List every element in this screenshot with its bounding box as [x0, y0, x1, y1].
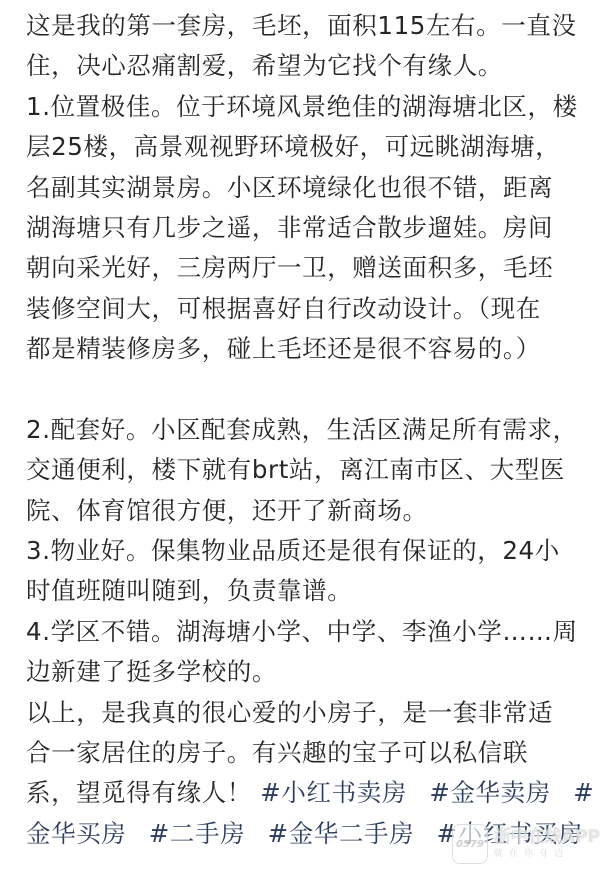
watermark-text: 浙中在线APP 就在你身边: [494, 827, 600, 861]
post-line: 院、体育馆很方便，还开了新商场。: [26, 491, 586, 531]
post-line: 以上，是我真的很心爱的小房子，是一套非常适: [26, 693, 586, 733]
watermark-title: 浙中在线APP: [494, 827, 600, 847]
post-line: 交通便利，楼下就有brt站，离江南市区、大型医: [26, 450, 586, 490]
post-line: 3.物业好。保集物业品质还是很有保证的，24小: [26, 531, 586, 571]
hashtag-xiaohongshu-sell[interactable]: #小红书卖房: [260, 778, 407, 807]
hashtag-jinhua-buy[interactable]: 金华买房: [26, 819, 126, 848]
post-line: 都是精装修房多，碰上毛坯还是很不容易的。）: [26, 329, 586, 369]
post-line: 装修空间大，可根据喜好自行改动设计。（现在: [26, 289, 586, 329]
post-line: 这是我的第一套房，毛坯，面积115左右。一直没: [26, 6, 586, 46]
hashtag-jinhua-buy-start[interactable]: #: [573, 778, 594, 807]
blank-line: [26, 370, 586, 410]
hashtag-jinhua-sell[interactable]: #金华卖房: [429, 778, 551, 807]
post-line: 层25楼，高景观视野环境极好，可远眺湖海塘，: [26, 127, 586, 167]
post-line: 合一家居住的房子。有兴趣的宝子可以私信联: [26, 733, 586, 773]
post-line: 边新建了挺多学校的。: [26, 652, 586, 692]
post-line: 住，决心忍痛割爱，希望为它找个有缘人。: [26, 46, 586, 86]
watermark-logo-icon: 0579: [452, 824, 488, 864]
post-body: 这是我的第一套房，毛坯，面积115左右。一直没 住，决心忍痛割爱，希望为它找个有…: [26, 6, 586, 854]
post-line: 名副其实湖景房。小区环境绿化也很不错，距离: [26, 168, 586, 208]
post-line: 4.学区不错。湖海塘小学、中学、李渔小学……周: [26, 612, 586, 652]
post-line: 湖海塘只有几步之遥，非常适合散步遛娃。房间: [26, 208, 586, 248]
post-line-with-tags: 系，望觅得有缘人！ #小红书卖房 #金华卖房 #: [26, 773, 586, 813]
post-line: 时值班随叫随到，负责靠谱。: [26, 571, 586, 611]
post-text: 系，望觅得有缘人！: [26, 778, 252, 807]
watermark-subtitle: 就在你身边: [494, 847, 600, 861]
hashtag-jinhua-second-hand[interactable]: #金华二手房: [268, 819, 415, 848]
post-line: 朝向采光好，三房两厅一卫，赠送面积多，毛坯: [26, 248, 586, 288]
watermark: 0579 浙中在线APP 就在你身边: [452, 822, 600, 866]
post-line: 2.配套好。小区配套成熟，生活区满足所有需求，: [26, 410, 586, 450]
hashtag-second-hand[interactable]: #二手房: [149, 819, 245, 848]
post-line: 1.位置极佳。位于环境风景绝佳的湖海塘北区，楼: [26, 87, 586, 127]
